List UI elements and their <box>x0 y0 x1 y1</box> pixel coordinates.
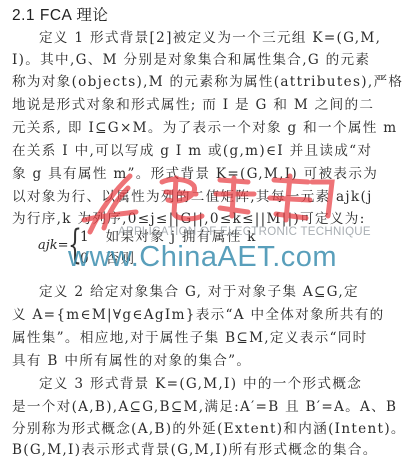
definition-1-line: 象 g 具有属性 m”。形式背景 K=(G,M,I) 可被表示为 <box>12 164 406 184</box>
definition-1-line: 称为对象(objects),M 的元素称为属性(attributes),严格 <box>12 72 406 92</box>
matrix-element-formula: ajk= { 1 如果对象 j 拥有属性 k 0 否则 <box>38 223 298 273</box>
definition-2-line: 义 A={m∈M|∀g∈AgIm}表示“A 中全体对象所共有的 <box>12 305 406 325</box>
document-page: 2.1 FCA 理论 定义 1 形式背景[2]被定义为一个三元组 K=(G,M,… <box>0 0 416 459</box>
section-title: FCA 理论 <box>40 7 108 24</box>
section-heading: 2.1 FCA 理论 <box>12 3 108 25</box>
case-2-condition: 否则 <box>106 251 136 267</box>
definition-1-line: 定义 1 形式背景[2]被定义为一个三元组 K=(G,M, <box>39 28 406 48</box>
definition-1-line: 元关系, 即 I⊆G×M。为了表示一个对象 g 和一个属性 m <box>12 118 406 138</box>
section-number: 2.1 <box>12 7 35 24</box>
definition-2-line: 定义 2 给定对象集合 G, 对于对象子集 A⊆G,定 <box>39 282 406 302</box>
definition-3-line: B(G,M,I)表示形式背景(G,M,I)所有形式概念的集合。 <box>12 440 406 459</box>
definition-3-line: 定义 3 形式背景 K=(G,M,I) 中的一个形式概念 <box>39 374 406 394</box>
definition-1-line: 地说是形式对象和形式属性; 而 I 是 G 和 M 之间的二 <box>12 95 406 115</box>
case-1-value: 1 <box>80 229 90 245</box>
definition-1-line: I)。其中,G、M 分别是对象集合和属性集合,G 的元素 <box>12 50 406 70</box>
formula-case-2: 0 否则 <box>80 247 135 267</box>
definition-1-line: 在关系 I 中,可以写成 g I m 或(g,m)∈I 并且读成“对 <box>12 141 406 161</box>
case-2-value: 0 <box>80 251 90 267</box>
formula-case-1: 1 如果对象 j 拥有属性 k <box>80 225 257 245</box>
formula-lhs: ajk= <box>38 238 69 253</box>
definition-2-line: 具有 B 中所有属性的对象的集合”。 <box>12 351 406 371</box>
definition-2-line: 属性集”。相应地,对于属性子集 B⊆M,定义表示“同时 <box>12 328 406 348</box>
definition-3-line: 分别称为形式概念(A,B)的外延(Extent)和内涵(Intent)。 <box>12 419 406 439</box>
case-1-condition: 如果对象 j 拥有属性 k <box>106 229 257 245</box>
definition-1-line: 以对象为行、以属性为列的二值矩阵,其每一元素 ajk(j <box>12 187 406 207</box>
definition-3-line: 是一个对(A,B),A⊆G,B⊆M,满足:A′=B 且 B′=A。A、B <box>12 397 406 417</box>
